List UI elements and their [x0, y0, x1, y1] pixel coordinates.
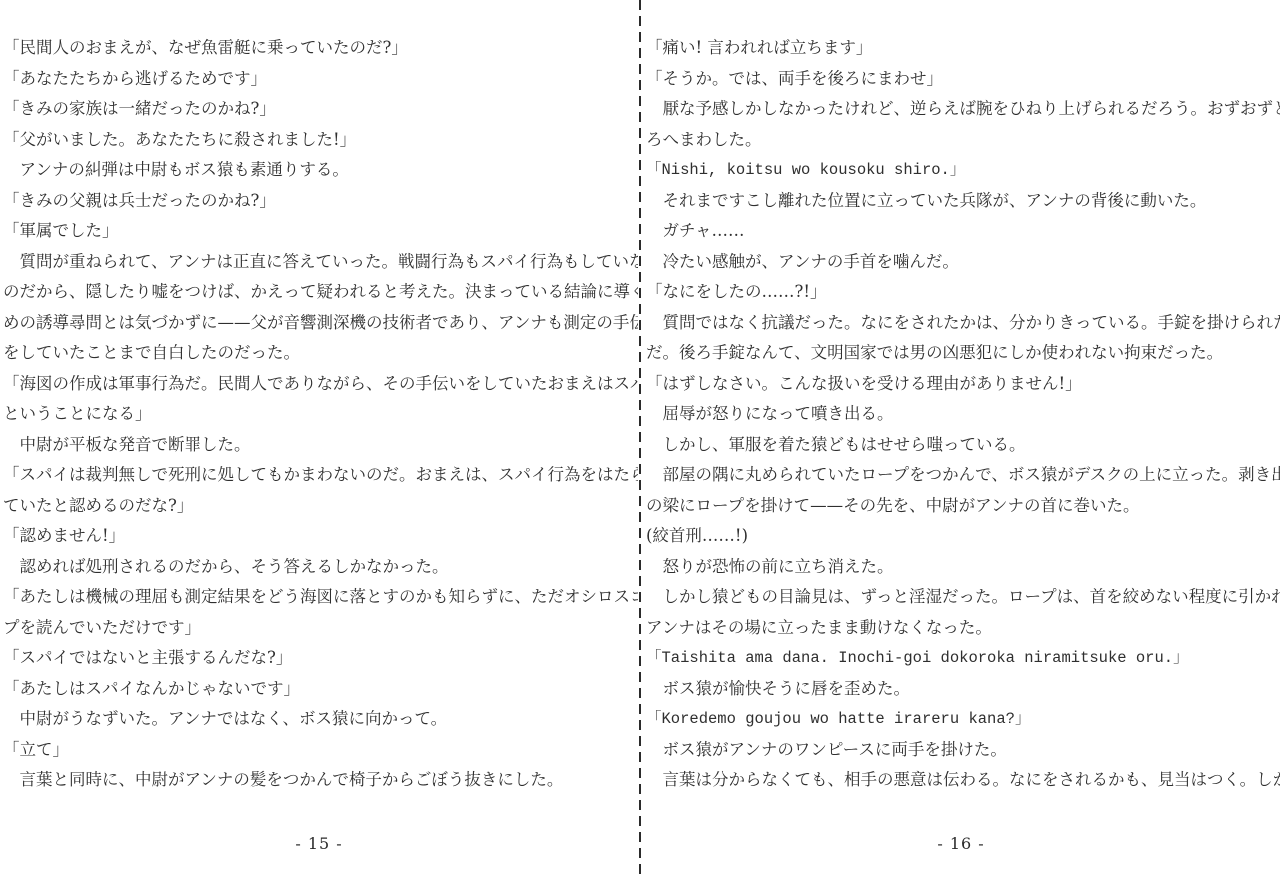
text-line: 「海図の作成は軍事行為だ。民間人でありながら、その手伝いをしていたおまえはスパイ: [3, 369, 632, 400]
text-line: 中尉がうなずいた。アンナではなく、ボス猿に向かって。: [3, 704, 632, 735]
text-line: 「そうか。では、両手を後ろにまわせ」: [646, 64, 1278, 95]
book-spread: 「民間人のおまえが、なぜ魚雷艇に乗っていたのだ?」「あなたたちから逃げるためです…: [0, 0, 1280, 880]
text-line: 質問が重ねられて、アンナは正直に答えていった。戦闘行為もスパイ行為もしていない: [3, 247, 632, 278]
text-line: アンナはその場に立ったまま動けなくなった。: [646, 613, 1278, 644]
text-line: 質問ではなく抗議だった。なにをされたかは、分かりきっている。手錠を掛けられたの: [646, 308, 1278, 339]
text-line: 「あなたたちから逃げるためです」: [3, 64, 632, 95]
text-line: 「あたしは機械の理屈も測定結果をどう海図に落とすのかも知らずに、ただオシロスコー: [3, 582, 632, 613]
center-page-divider: [639, 0, 641, 880]
text-line: 「はずしなさい。こんな扱いを受ける理由がありません!」: [646, 369, 1278, 400]
page-15-text-column: 「民間人のおまえが、なぜ魚雷艇に乗っていたのだ?」「あなたたちから逃げるためです…: [0, 0, 638, 796]
text-line: しかし猿どもの目論見は、ずっと淫湿だった。ロープは、首を絞めない程度に引かれて。: [646, 582, 1278, 613]
text-line: 「なにをしたの……?!」: [646, 277, 1278, 308]
text-line: プを読んでいただけです」: [3, 613, 632, 644]
page-15: 「民間人のおまえが、なぜ魚雷艇に乗っていたのだ?」「あなたたちから逃げるためです…: [0, 0, 638, 880]
text-line: 「民間人のおまえが、なぜ魚雷艇に乗っていたのだ?」: [3, 33, 632, 64]
text-line: 屈辱が怒りになって噴き出る。: [646, 399, 1278, 430]
text-line: めの誘導尋問とは気づかずに——父が音響測深機の技術者であり、アンナも測定の手伝い: [3, 308, 632, 339]
text-line: ていたと認めるのだな?」: [3, 491, 632, 522]
text-line: 「あたしはスパイなんかじゃないです」: [3, 674, 632, 705]
text-line: ガチャ……: [646, 216, 1278, 247]
text-line: 「認めません!」: [3, 521, 632, 552]
text-line: 「スパイは裁判無しで死刑に処してもかまわないのだ。おまえは、スパイ行為をはたらい: [3, 460, 632, 491]
text-line: 怒りが恐怖の前に立ち消えた。: [646, 552, 1278, 583]
text-line: それまですこし離れた位置に立っていた兵隊が、アンナの背後に動いた。: [646, 186, 1278, 217]
text-line: (絞首刑……!): [646, 521, 1278, 552]
text-line: 認めれば処刑されるのだから、そう答えるしかなかった。: [3, 552, 632, 583]
text-line: 「軍属でした」: [3, 216, 632, 247]
text-line: の梁にロープを掛けて——その先を、中尉がアンナの首に巻いた。: [646, 491, 1278, 522]
text-line: 厭な予感しかしなかったけれど、逆らえば腕をひねり上げられるだろう。おずおずと後: [646, 94, 1278, 125]
page-16-text-column: 「痛い! 言われれば立ちます」「そうか。では、両手を後ろにまわせ」厭な予感しかし…: [642, 0, 1280, 796]
text-line: だ。後ろ手錠なんて、文明国家では男の凶悪犯にしか使われない拘束だった。: [646, 338, 1278, 369]
text-line: ボス猿がアンナのワンピースに両手を掛けた。: [646, 735, 1278, 766]
text-line: 部屋の隅に丸められていたロープをつかんで、ボス猿がデスクの上に立った。剥き出し: [646, 460, 1278, 491]
page-16: 「痛い! 言われれば立ちます」「そうか。では、両手を後ろにまわせ」厭な予感しかし…: [642, 0, 1280, 880]
text-line: 「Taishita ama dana. Inochi-goi dokoroka …: [646, 643, 1278, 674]
text-line: 「きみの父親は兵士だったのかね?」: [3, 186, 632, 217]
text-line: ボス猿が愉快そうに唇を歪めた。: [646, 674, 1278, 705]
text-line: 「スパイではないと主張するんだな?」: [3, 643, 632, 674]
page-16-number: - 16 -: [642, 834, 1280, 853]
text-line: のだから、隠したり嘘をつけば、かえって疑われると考えた。決まっている結論に導くた: [3, 277, 632, 308]
text-line: をしていたことまで自白したのだった。: [3, 338, 632, 369]
text-line: 言葉と同時に、中尉がアンナの髪をつかんで椅子からごぼう抜きにした。: [3, 765, 632, 796]
text-line: しかし、軍服を着た猿どもはせせら嗤っている。: [646, 430, 1278, 461]
text-line: 「Nishi, koitsu wo kousoku shiro.」: [646, 155, 1278, 186]
text-line: 「父がいました。あなたたちに殺されました!」: [3, 125, 632, 156]
text-line: ろへまわした。: [646, 125, 1278, 156]
text-line: 「Koredemo goujou wo hatte irareru kana?」: [646, 704, 1278, 735]
text-line: 「立て」: [3, 735, 632, 766]
page-15-number: - 15 -: [0, 834, 638, 853]
text-line: ということになる」: [3, 399, 632, 430]
text-line: 中尉が平板な発音で断罪した。: [3, 430, 632, 461]
text-line: 「きみの家族は一緒だったのかね?」: [3, 94, 632, 125]
text-line: 「痛い! 言われれば立ちます」: [646, 33, 1278, 64]
text-line: 冷たい感触が、アンナの手首を噛んだ。: [646, 247, 1278, 278]
text-line: 言葉は分からなくても、相手の悪意は伝わる。なにをされるかも、見当はつく。しかし、: [646, 765, 1278, 796]
text-line: アンナの糾弾は中尉もボス猿も素通りする。: [3, 155, 632, 186]
